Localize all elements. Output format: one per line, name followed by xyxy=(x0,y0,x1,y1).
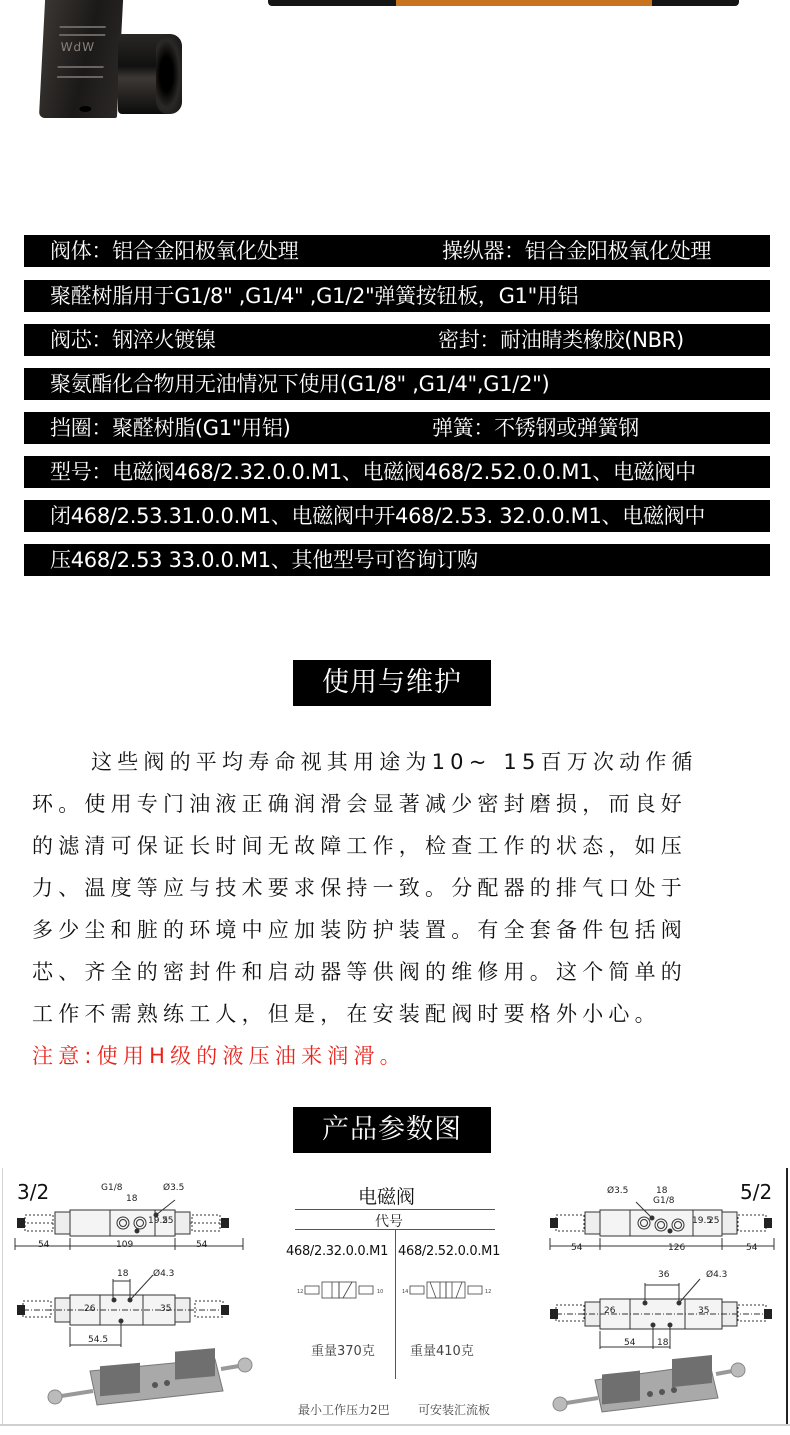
dim-offset-18: 18 xyxy=(657,1338,668,1348)
valve-5-2-photo xyxy=(550,1360,750,1420)
dim-length-body-109: 109 xyxy=(116,1240,133,1250)
pneumatic-symbol-3-2: 12 10 xyxy=(295,1276,390,1306)
cable-gland xyxy=(118,34,182,114)
cable-gland-opening xyxy=(156,34,182,114)
manifold-mountable: 可安装汇流板 xyxy=(418,1401,490,1418)
pneumatic-symbol-5-2: 14 12 xyxy=(400,1276,495,1306)
spec-row-ring-spring: 挡圈：聚醛树脂(G1"用铝) 弹簧：不锈钢或弹簧钢 xyxy=(24,412,770,444)
coil-connector-plug: WdW xyxy=(39,0,123,118)
spec-row-polyurethane: 聚氨酯化合物用无油情况下使用(G1/8" ,G1/4",G1/2") xyxy=(24,368,770,400)
maintenance-paragraph: 这些阀的平均寿命视其用途为10~ 15百万次动作循 环。使用专门油液正确润滑会显… xyxy=(32,741,752,1077)
spec-models-line-1: 型号：电磁阀468/2.32.0.0.M1、电磁阀468/2.52.0.0.M1… xyxy=(50,460,696,484)
section-title-maintenance: 使用与维护 xyxy=(293,660,491,706)
coil-orange-band xyxy=(396,0,652,6)
spec-models-line-2: 闭468/2.53.31.0.0.M1、电磁阀中开468/2.53. 32.0.… xyxy=(50,504,705,528)
parameter-drawing: 3/2 G1/8 18 Ø3.5 19.5 25 54 109 54 xyxy=(0,1168,790,1426)
figure-border-left xyxy=(2,1168,3,1426)
dim-length-body-126: 126 xyxy=(668,1243,685,1253)
spec-row-models-3: 压468/2.53 33.0.0.M1、其他型号可咨询订购 xyxy=(24,544,770,576)
connector-rib xyxy=(60,26,106,28)
paragraph-line: 这些阀的平均寿命视其用途为10~ 15百万次动作循 xyxy=(32,741,752,783)
solenoid-coil-edge xyxy=(268,0,739,6)
table-divider xyxy=(395,1229,396,1379)
paragraph-line: 芯、齐全的密封件和启动器等供阀的维修用。这个简单的 xyxy=(32,951,752,993)
dim-offset-54: 54 xyxy=(624,1338,635,1348)
spec-button-plate: 聚醛树脂用于G1/8" ,G1/4" ,G1/2"弹簧按钮板，G1"用铝 xyxy=(50,284,578,308)
lubrication-warning: 注意:使用H级的液压油来润滑。 xyxy=(32,1035,752,1077)
dim-spacing-36: 36 xyxy=(658,1270,669,1280)
table-rule xyxy=(295,1209,495,1210)
dim-height-26-right: 26 xyxy=(604,1306,615,1316)
section-title-parameters: 产品参数图 xyxy=(293,1107,491,1153)
dim-hole-3-5-right: Ø3.5 xyxy=(607,1186,628,1196)
spec-polyurethane: 聚氨酯化合物用无油情况下使用(G1/8" ,G1/4",G1/2") xyxy=(50,372,549,396)
spec-row-body-actuator: 阀体：铝合金阳极氧化处理 操纵器：铝合金阳极氧化处理 xyxy=(24,235,770,267)
model-code-5-2: 468/2.52.0.0.M1 xyxy=(398,1244,500,1259)
dim-spacing-18-bottom: 18 xyxy=(117,1269,128,1279)
svg-text:12: 12 xyxy=(297,1289,303,1295)
paragraph-line: 力、温度等应与技术要求保持一致。分配器的排气口处于 xyxy=(32,867,752,909)
dim-hole-4-3-right: Ø4.3 xyxy=(706,1270,727,1280)
drawing-3-2-top-view xyxy=(15,1198,255,1258)
spec-row-models-1: 型号：电磁阀468/2.32.0.0.M1、电磁阀468/2.52.0.0.M1… xyxy=(24,456,770,488)
dim-height-25: 25 xyxy=(162,1216,173,1226)
dim-length-right-54-right: 54 xyxy=(746,1243,757,1253)
dim-spacing-18-right: 18 xyxy=(656,1186,667,1196)
dim-height-35-right: 35 xyxy=(698,1306,709,1316)
dim-port-g18: G1/8 xyxy=(101,1183,122,1193)
paragraph-line: 环。使用专门油液正确润滑会显著减少密封磨损，而良好 xyxy=(32,783,752,825)
valve-3-2-photo xyxy=(45,1353,255,1413)
paragraph-line: 多少尘和脏的环境中应加装防护装置。有全套备件包括阀 xyxy=(32,909,752,951)
spec-retaining-ring: 挡圈：聚醛树脂(G1"用铝) xyxy=(50,416,290,440)
model-code-3-2: 468/2.32.0.0.M1 xyxy=(286,1244,388,1259)
weight-3-2: 重量370克 xyxy=(311,1340,375,1359)
solenoid-valve-title: 电磁阀 xyxy=(358,1182,415,1209)
paragraph-line: 工作不需熟练工人，但是，在安装配阀时要格外小心。 xyxy=(32,993,752,1035)
spec-row-button-plate: 聚醛树脂用于G1/8" ,G1/4" ,G1/2"弹簧按钮板，G1"用铝 xyxy=(24,280,770,312)
dim-length-left-54-right: 54 xyxy=(571,1243,582,1253)
weight-5-2: 重量410克 xyxy=(410,1340,474,1359)
paragraph-line: 的滤清可保证长时间无故障工作，检查工作的状态，如压 xyxy=(32,825,752,867)
dim-height-35: 35 xyxy=(160,1304,171,1314)
connector-rib xyxy=(59,34,105,36)
connector-logo: WdW xyxy=(60,40,95,54)
dim-length-left-54: 54 xyxy=(38,1240,49,1250)
drawing-3-2-bottom-view xyxy=(15,1271,255,1351)
dim-port-g18-right: G1/8 xyxy=(653,1196,674,1206)
connector-rib xyxy=(58,66,104,68)
code-header: 代号 xyxy=(375,1211,403,1231)
figure-border-bottom xyxy=(0,1424,790,1426)
dim-hole-3-5: Ø3.5 xyxy=(163,1183,184,1193)
dim-length-right-54: 54 xyxy=(196,1240,207,1250)
dim-offset-54-5: 54.5 xyxy=(88,1335,108,1345)
svg-text:12: 12 xyxy=(485,1289,491,1295)
connector-rib xyxy=(57,76,103,78)
product-photo-fragment: WdW xyxy=(0,0,790,220)
connector-screw-hole xyxy=(79,106,91,112)
spec-spring: 弹簧：不锈钢或弹簧钢 xyxy=(432,412,639,444)
min-working-pressure: 最小工作压力2巴 xyxy=(298,1401,390,1418)
dim-height-25-right: 25 xyxy=(708,1216,719,1226)
dim-height-26: 26 xyxy=(84,1304,95,1314)
spec-actuator: 操纵器：铝合金阳极氧化处理 xyxy=(442,235,711,267)
spec-valve-body: 阀体：铝合金阳极氧化处理 xyxy=(50,239,298,263)
svg-text:10: 10 xyxy=(377,1289,383,1295)
spec-row-models-2: 闭468/2.53.31.0.0.M1、电磁阀中开468/2.53. 32.0.… xyxy=(24,500,770,532)
spec-models-line-3: 压468/2.53 33.0.0.M1、其他型号可咨询订购 xyxy=(50,548,478,572)
spec-seal: 密封：耐油睛类橡胶(NBR) xyxy=(438,324,684,356)
svg-text:14: 14 xyxy=(402,1289,408,1295)
dim-spacing-18: 18 xyxy=(126,1194,137,1204)
spec-row-spool-seal: 阀芯：钢淬火镀镍 密封：耐油睛类橡胶(NBR) xyxy=(24,324,770,356)
spec-spool: 阀芯：钢淬火镀镍 xyxy=(50,328,216,352)
dim-hole-4-3: Ø4.3 xyxy=(153,1269,174,1279)
